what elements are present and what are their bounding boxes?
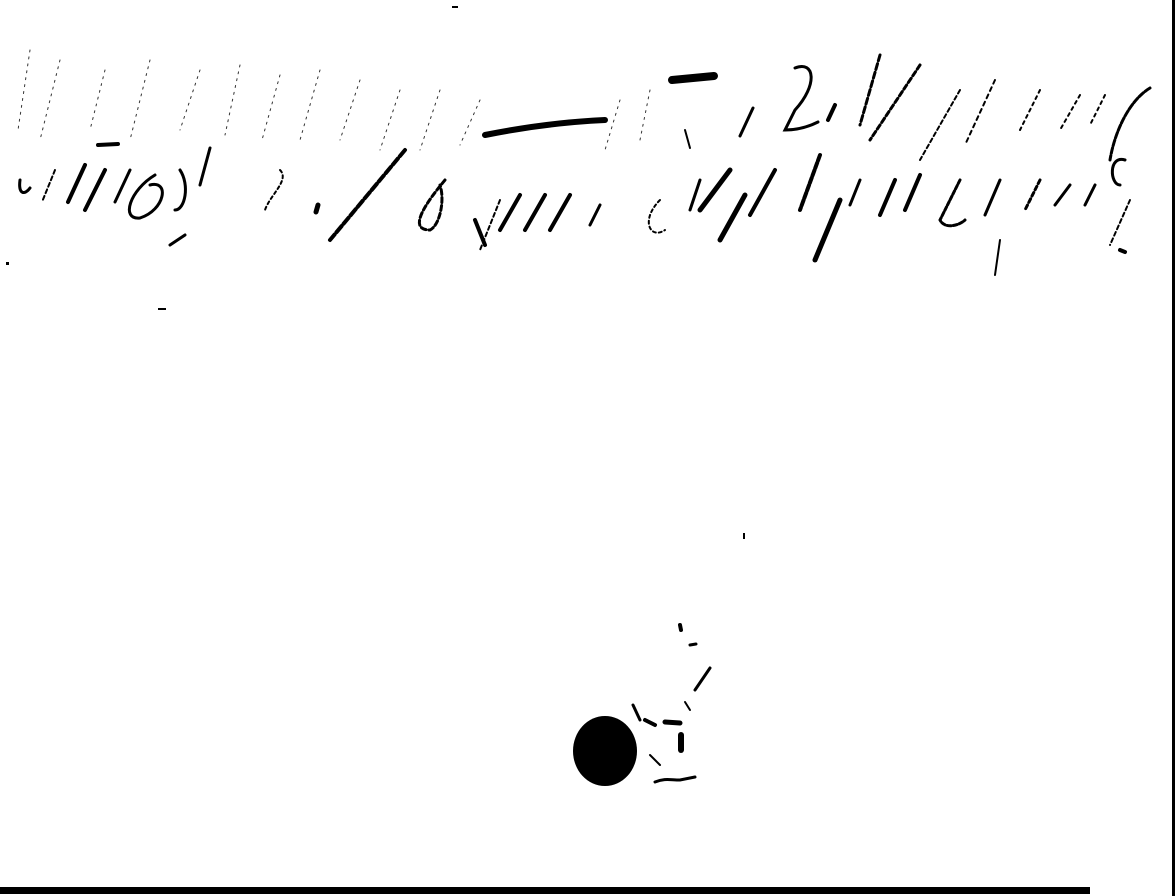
document-page: … — 2. Куриону лиц 3. Магдино (прел. …) — [0, 0, 1176, 896]
speck — [452, 6, 458, 8]
speck — [743, 533, 745, 539]
scan-right-edge — [1172, 0, 1175, 896]
speck — [158, 308, 166, 310]
handwriting-line-2 — [0, 140, 1176, 280]
speck — [6, 262, 9, 265]
ink-blot — [573, 716, 637, 786]
scan-bottom-edge — [0, 887, 1090, 894]
